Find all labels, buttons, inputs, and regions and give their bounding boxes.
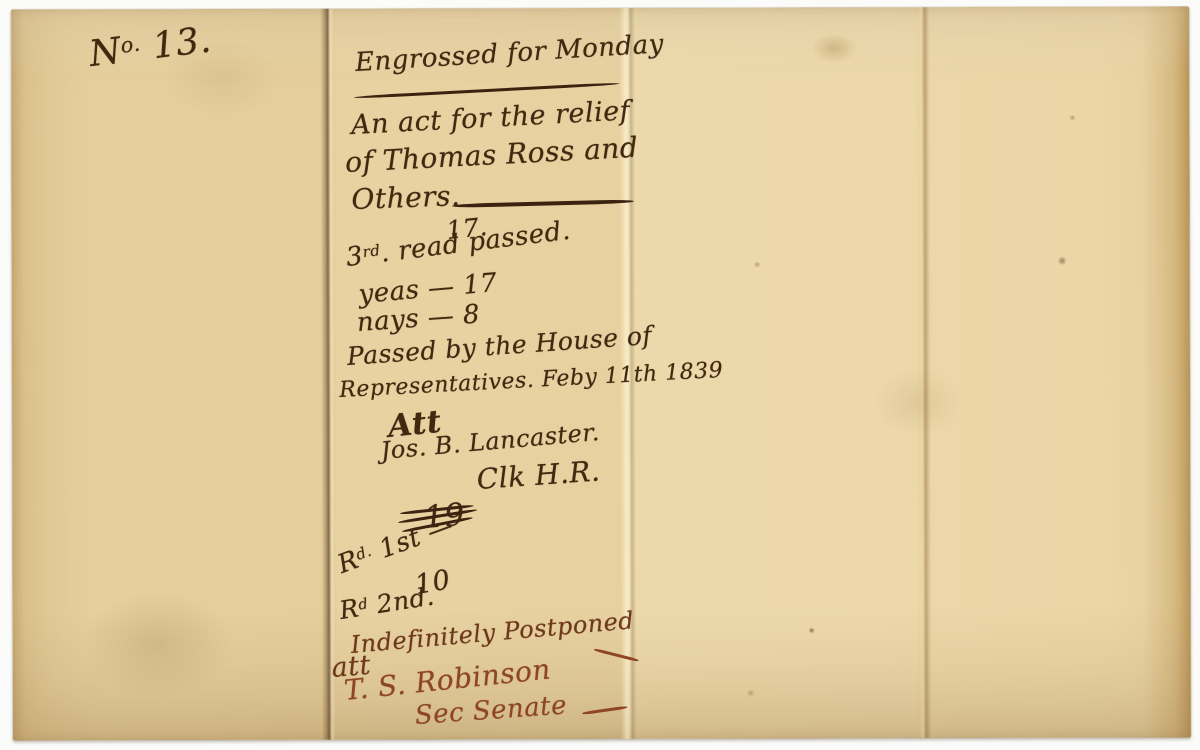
house-clerk-title: Clk H.R. [476,454,602,496]
title-flourish-dash [452,199,634,208]
handwriting-layer: No. 13. Engrossed for Monday An act for … [0,0,1200,750]
doc-number: No. 13. [87,19,214,75]
act-title-line-3: Others. [351,179,461,216]
doc-number-pre: N [87,30,124,75]
senate-action-flourish [594,648,639,662]
endorsement-header: Engrossed for Monday [354,29,665,78]
header-underline [354,82,620,99]
second-reading-note: Rd 2nd. [337,581,436,625]
document-scan: No. 13. Engrossed for Monday An act for … [0,0,1200,750]
third-reading-sup: rd [362,241,382,261]
senate-title-flourish [582,706,628,715]
second-reading-post: 2nd. [366,581,436,620]
doc-number-post: 13. [138,19,213,68]
